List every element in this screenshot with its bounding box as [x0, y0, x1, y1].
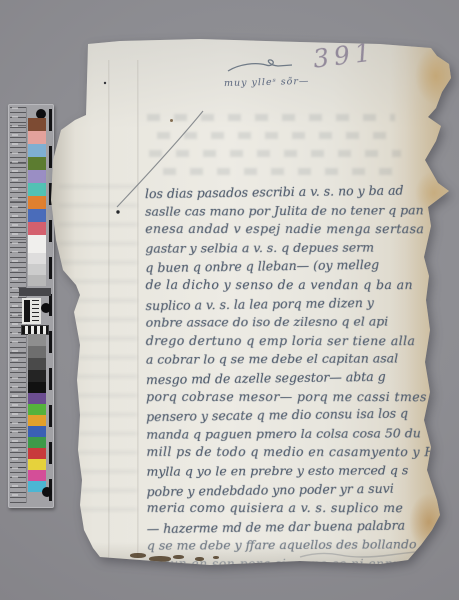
color-patch [28, 235, 46, 253]
manuscript-line: porq cobrase mesor— porq me cassi tmes [146, 387, 446, 406]
ink-bleedthrough [147, 114, 395, 121]
color-patch [28, 437, 46, 448]
manuscript-line: pobre y endebdado yno poder yr a suvi [146, 478, 446, 501]
color-patch [28, 426, 46, 437]
strip-bottom-patches [28, 393, 46, 492]
photo-background: 391 muy ylleˢ sõr— los dias pasados escr… [0, 0, 459, 600]
ink-bleedthrough [149, 150, 401, 157]
color-patch [28, 118, 46, 131]
manuscript-page-wrap: 391 muy ylleˢ sõr— los dias pasados escr… [45, 35, 455, 570]
damage-speck [130, 553, 146, 558]
color-patch [28, 183, 46, 196]
color-patch [28, 170, 46, 183]
color-patch [28, 275, 46, 286]
manuscript-line: q buen q onbre q lleban— (oy melleg [145, 255, 445, 278]
color-patch [28, 131, 46, 144]
ink-bleedthrough-margin [59, 185, 137, 515]
color-patch [28, 370, 46, 382]
ink-bleedthrough [163, 168, 393, 175]
ink-bleedthrough [157, 132, 393, 139]
manuscript-line: drego dertuno q emp loria ser tiene alla [146, 332, 446, 351]
manuscript-line: onbre assace do iso de zilesno q el api [146, 312, 446, 332]
strip-gray-wedge-upper [28, 253, 46, 286]
manuscript-line: de la dicho y senso de a vendan q ba an [146, 276, 446, 295]
color-patch [28, 459, 46, 470]
manuscript-line: segun en son porq si no no se ni enpu q [147, 555, 447, 574]
manuscript-line: enesa andad v espej nadie menga sertasa [145, 220, 445, 239]
salutation: muy ylleˢ sõr— [224, 76, 310, 89]
torn-flap-stain-top [415, 47, 457, 105]
color-patch [28, 404, 46, 415]
color-patch [28, 222, 46, 235]
color-patch [28, 358, 46, 370]
color-patch [28, 448, 46, 459]
strip-gray-wedge-lower [28, 334, 46, 394]
manuscript-line: mill ps de todo q medio en casamyento y … [146, 443, 446, 462]
color-patch [28, 264, 46, 275]
manuscript-line: meria como quisiera a v. s. suplico me [147, 499, 447, 518]
color-patch [28, 346, 46, 358]
manuscript-line: manda q paguen pmero la colsa cosa 50 du [146, 424, 446, 444]
manuscript-line: suplico a v. s. la lea porq me dizen y [145, 292, 445, 315]
color-patch [28, 334, 46, 346]
manuscript-body: los dias pasados escribi a v. s. no y ba… [145, 182, 447, 574]
manuscript-line: q se me debe y ffare aquellos des bollan… [147, 535, 447, 555]
color-patch [28, 415, 46, 426]
color-patch [28, 253, 46, 264]
manuscript-line: saslle cas mano por Julita de no tener q… [145, 201, 445, 221]
resolution-target [22, 298, 41, 324]
ink-spot [170, 119, 173, 122]
torn-edge-left [45, 35, 75, 570]
fold-crease [137, 60, 139, 558]
color-patch [28, 470, 46, 481]
color-patch [28, 196, 46, 209]
color-patch [28, 209, 46, 222]
strip-top-patches [28, 118, 46, 253]
color-patch [28, 393, 46, 404]
resolution-marks [32, 300, 39, 322]
manuscript-line: mesgo md de azelle segestor— abta g [146, 367, 446, 390]
manuscript-line: mylla q yo le en prebre y esto merced q … [146, 461, 446, 481]
color-patch [28, 157, 46, 170]
ruler-labels [12, 107, 18, 503]
manuscript-page: 391 muy ylleˢ sõr— los dias pasados escr… [45, 35, 455, 570]
resolution-bar [24, 300, 30, 322]
color-patch [28, 144, 46, 157]
